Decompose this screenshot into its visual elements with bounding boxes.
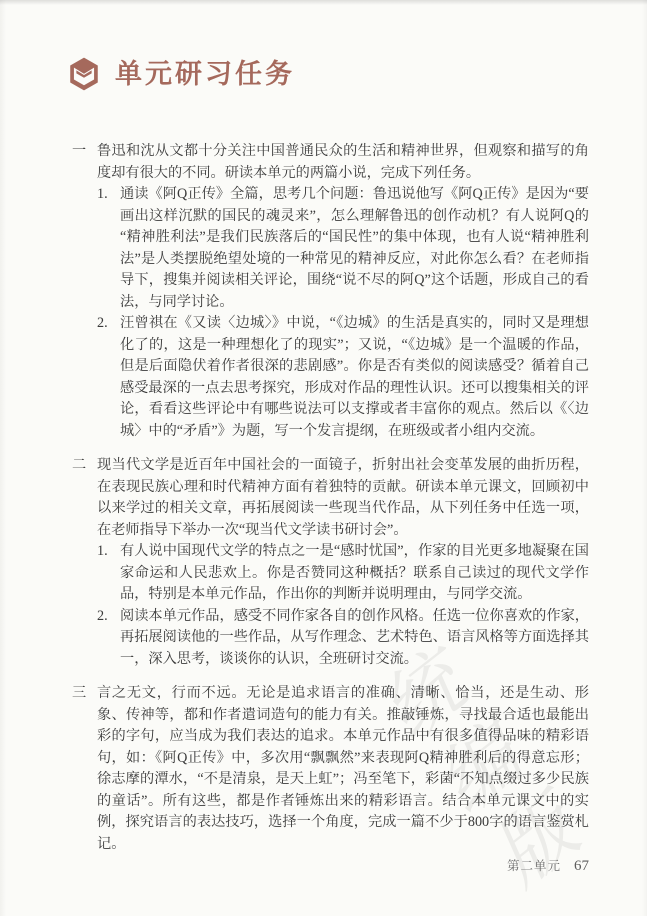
task-item: 2. 阅读本单元作品，感受不同作家各自的创作风格。任选一位你喜欢的作家，再拓展阅… xyxy=(72,606,589,671)
section-number: 二 xyxy=(72,455,97,541)
section-item-list: 1. 通读《阿Q正传》全篇，思考几个问题：鲁迅说他写《阿Q正传》是因为“要画出这… xyxy=(72,184,589,442)
item-text: 阅读本单元作品，感受不同作家各自的创作风格。任选一位你喜欢的作家，再拓展阅读他的… xyxy=(120,606,589,671)
item-number: 2. xyxy=(97,313,120,442)
section-number: 三 xyxy=(72,683,97,855)
task-item: 1. 有人说中国现代文学的特点之一是“感时忧国”，作家的目光更多地凝聚在国家命运… xyxy=(72,541,589,606)
section-intro-text: 鲁迅和沈从文都十分关注中国普通民众的生活和精神世界，但观察和描写的角度却有很大的… xyxy=(97,141,589,184)
page-number: 67 xyxy=(574,858,589,875)
item-text: 有人说中国现代文学的特点之一是“感时忧国”，作家的目光更多地凝聚在国家命运和人民… xyxy=(120,541,589,606)
unit-label: 第二单元 xyxy=(507,856,561,874)
section-intro-row: 二 现当代文学是近百年中国社会的一面镜子，折射出社会变革发展的曲折历程，在表现民… xyxy=(72,455,589,541)
section-intro-row: 一 鲁迅和沈从文都十分关注中国普通民众的生活和精神世界，但观察和描写的角度却有很… xyxy=(72,141,589,184)
item-text: 通读《阿Q正传》全篇，思考几个问题：鲁迅说他写《阿Q正传》是因为“要画出这样沉默… xyxy=(120,184,589,313)
section-intro-text: 言之无文，行而不远。无论是追求语言的准确、清晰、恰当，还是生动、形象、传神等，都… xyxy=(97,683,589,855)
task-item: 1. 通读《阿Q正传》全篇，思考几个问题：鲁迅说他写《阿Q正传》是因为“要画出这… xyxy=(72,184,589,313)
task-section-1: 一 鲁迅和沈从文都十分关注中国普通民众的生活和精神世界，但观察和描写的角度却有很… xyxy=(72,141,589,442)
item-number: 1. xyxy=(97,541,120,606)
item-text: 汪曾祺在《又读〈边城〉》中说，“《边城》的生活是真实的，同时又是理想化了的，这是… xyxy=(120,313,589,442)
task-section-3: 三 言之无文，行而不远。无论是追求语言的准确、清晰、恰当，还是生动、形象、传神等… xyxy=(72,683,589,855)
page-title: 单元研习任务 xyxy=(115,56,295,92)
item-number: 1. xyxy=(97,184,120,313)
task-item: 2. 汪曾祺在《又读〈边城〉》中说，“《边城》的生活是真实的，同时又是理想化了的… xyxy=(72,313,589,442)
section-intro-text: 现当代文学是近百年中国社会的一面镜子，折射出社会变革发展的曲折历程，在表现民族心… xyxy=(97,455,589,541)
tasks-content: 一 鲁迅和沈从文都十分关注中国普通民众的生活和精神世界，但观察和描写的角度却有很… xyxy=(72,141,589,868)
section-item-list: 1. 有人说中国现代文学的特点之一是“感时忧国”，作家的目光更多地凝聚在国家命运… xyxy=(72,541,589,670)
textbook-page: 单元研习任务 一 鲁迅和沈从文都十分关注中国普通民众的生活和精神世界，但观察和描… xyxy=(0,0,647,916)
item-number: 2. xyxy=(97,606,120,671)
section-intro-row: 三 言之无文，行而不远。无论是追求语言的准确、清晰、恰当，还是生动、形象、传神等… xyxy=(72,683,589,855)
open-book-hexagon-icon xyxy=(66,56,102,92)
task-section-2: 二 现当代文学是近百年中国社会的一面镜子，折射出社会变革发展的曲折历程，在表现民… xyxy=(72,455,589,670)
page-footer: 第二单元 67 xyxy=(507,856,589,875)
section-number: 一 xyxy=(72,141,97,184)
page-header: 单元研习任务 xyxy=(66,56,295,92)
